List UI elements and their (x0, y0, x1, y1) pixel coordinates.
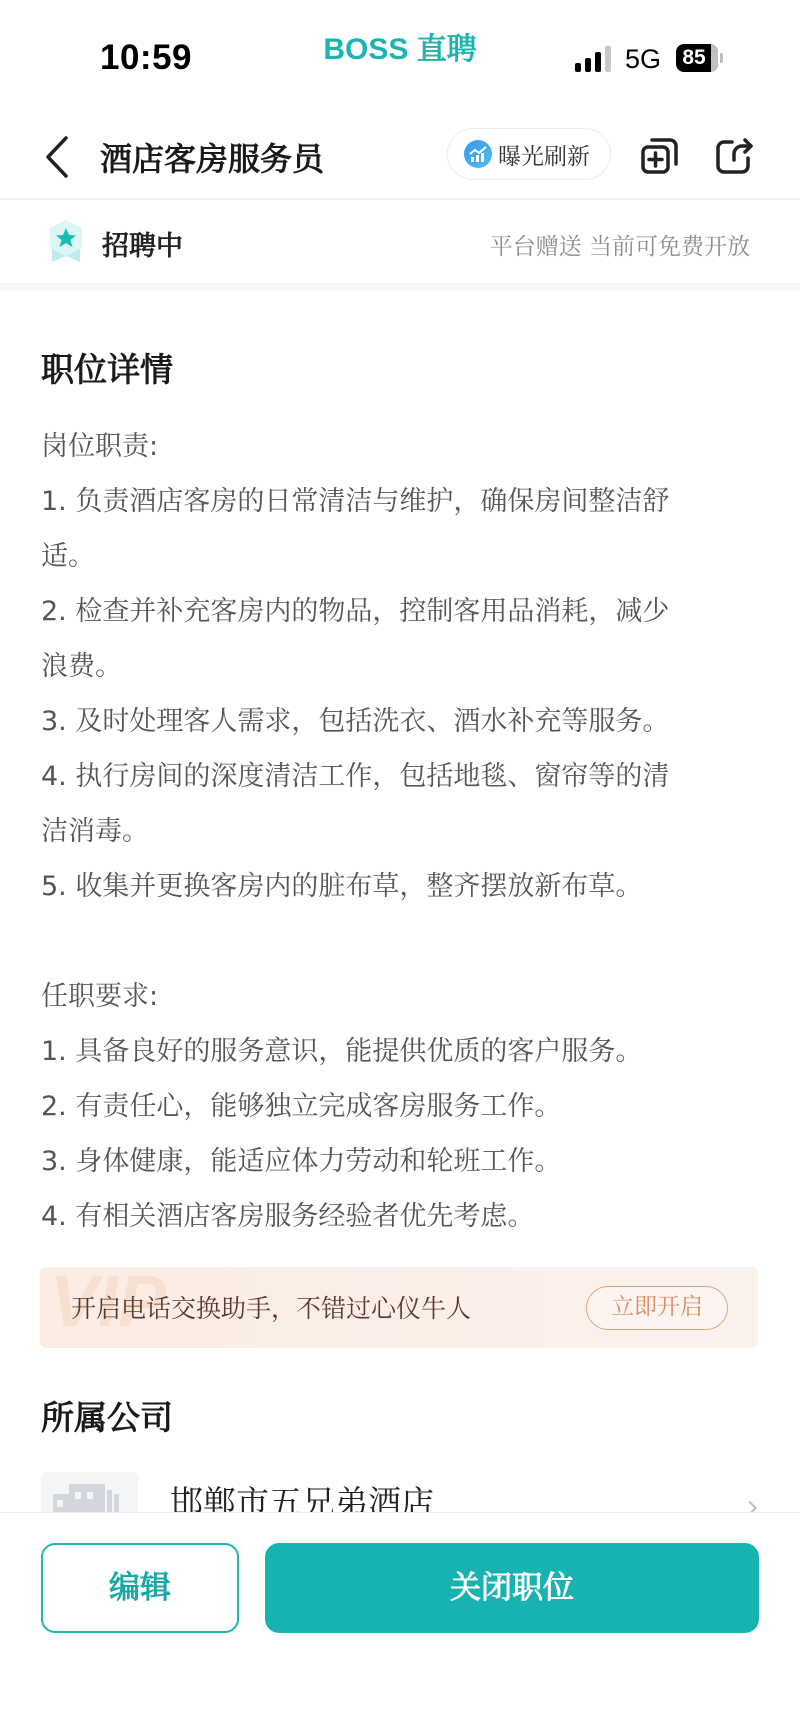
bottom-action-bar: 编辑 关闭职位 (0, 1512, 800, 1734)
expose-refresh-label: 曝光刷新 (498, 138, 590, 171)
vip-banner-text: 开启电话交换助手，不错过心仪牛人 (71, 1289, 471, 1325)
edit-button[interactable]: 编辑 (41, 1543, 239, 1633)
recruiting-status: 招聘中 (102, 224, 183, 263)
desc-line: 任职要求: (41, 969, 761, 1024)
battery-icon: 85 (676, 44, 718, 72)
desc-gap (41, 914, 761, 969)
section-separator (0, 283, 800, 291)
battery-level: 85 (682, 46, 705, 69)
desc-line: 2. 有责任心，能够独立完成客房服务工作。 (41, 1079, 761, 1134)
status-bar: 10:59 BOSS 直聘 5G 85 (0, 0, 800, 110)
desc-line: 浪费。 (41, 639, 761, 694)
desc-line: 2. 检查并补充客房内的物品，控制客用品消耗，减少 (41, 584, 761, 639)
network-type: 5G (625, 44, 661, 75)
job-detail-heading: 职位详情 (41, 344, 173, 391)
battery-tip (720, 53, 723, 63)
copy-job-button[interactable] (638, 134, 682, 178)
enable-now-button[interactable]: 立即开启 (586, 1286, 728, 1330)
star-badge-icon (46, 218, 86, 266)
desc-line: 4. 有相关酒店客房服务经验者优先考虑。 (41, 1189, 761, 1244)
chart-icon (464, 140, 492, 168)
share-button[interactable] (712, 134, 756, 178)
desc-line: 洁消毒。 (41, 804, 761, 859)
company-name: 邯郸市五兄弟酒店 (170, 1477, 434, 1512)
vip-banner[interactable]: VIP 开启电话交换助手，不错过心仪牛人 立即开启 (40, 1267, 758, 1348)
back-button[interactable] (38, 132, 78, 182)
desc-line: 3. 身体健康，能适应体力劳动和轮班工作。 (41, 1134, 761, 1189)
page-title: 酒店客房服务员 (100, 134, 324, 180)
chevron-right-icon (743, 1501, 757, 1512)
nav-bar: 酒店客房服务员 曝光刷新 (0, 118, 800, 198)
company-heading: 所属公司 (41, 1392, 173, 1439)
desc-line: 4. 执行房间的深度清洁工作，包括地毯、窗帘等的清 (41, 749, 761, 804)
share-icon (712, 134, 756, 178)
close-job-button[interactable]: 关闭职位 (265, 1543, 759, 1633)
company-logo (41, 1472, 138, 1512)
job-description: 岗位职责: 1. 负责酒店客房的日常清洁与维护，确保房间整洁舒 适。 2. 检查… (41, 419, 761, 1244)
job-status-row: 招聘中 平台赠送 当前可免费开放 (0, 200, 800, 283)
free-open-note: 平台赠送 当前可免费开放 (490, 228, 750, 261)
building-icon (41, 1472, 138, 1512)
desc-line: 适。 (41, 529, 761, 584)
expose-refresh-button[interactable]: 曝光刷新 (447, 128, 611, 180)
desc-line: 3. 及时处理客人需求，包括洗衣、酒水补充等服务。 (41, 694, 761, 749)
company-row[interactable]: 邯郸市五兄弟酒店 (0, 1465, 800, 1512)
signal-icon (575, 46, 613, 72)
desc-line: 1. 具备良好的服务意识，能提供优质的客户服务。 (41, 1024, 761, 1079)
copy-add-icon (638, 134, 682, 178)
desc-line: 5. 收集并更换客房内的脏布草，整齐摆放新布草。 (41, 859, 761, 914)
back-icon (38, 132, 78, 182)
desc-line: 岗位职责: (41, 419, 761, 474)
desc-line: 1. 负责酒店客房的日常清洁与维护，确保房间整洁舒 (41, 474, 761, 529)
